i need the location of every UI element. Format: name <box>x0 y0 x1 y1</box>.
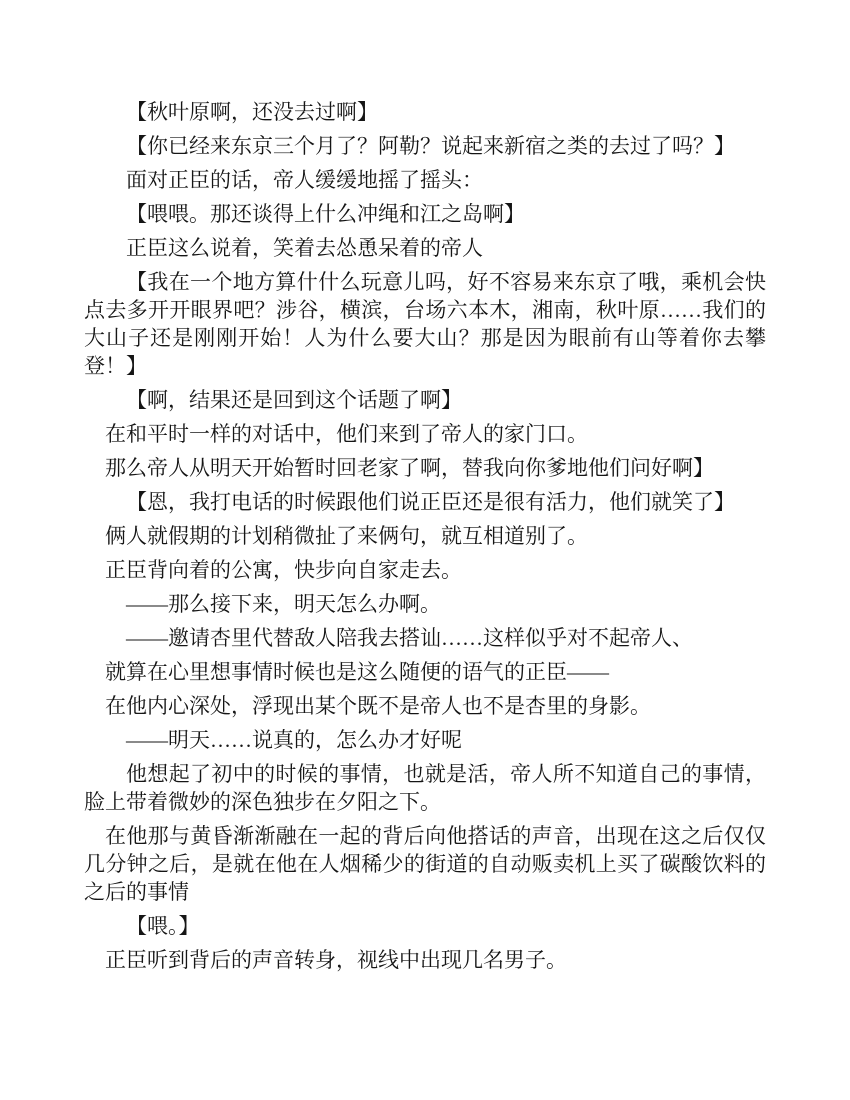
paragraph: 俩人就假期的计划稍微扯了来俩句，就互相道别了。 <box>84 522 766 550</box>
document-page: 【秋叶原啊，还没去过啊】【你已经来东京三个月了？阿勒？说起来新宿之类的去过了吗？… <box>0 0 850 1100</box>
paragraph: 正臣背向着的公寓，快步向自家走去。 <box>84 556 766 584</box>
paragraph: 【喂喂。那还谈得上什么冲绳和江之岛啊】 <box>84 200 766 228</box>
text-body: 【秋叶原啊，还没去过啊】【你已经来东京三个月了？阿勒？说起来新宿之类的去过了吗？… <box>0 0 850 974</box>
paragraph: 在他内心深处，浮现出某个既不是帝人也不是杏里的身影。 <box>84 692 766 720</box>
paragraph: 面对正臣的话，帝人缓缓地摇了摇头： <box>84 166 766 194</box>
paragraph: 正臣听到背后的声音转身，视线中出现几名男子。 <box>84 946 766 974</box>
paragraph: ——那么接下来，明天怎么办啊。 <box>84 590 766 618</box>
paragraph: 在他那与黄昏渐渐融在一起的背后向他搭话的声音，出现在这之后仅仅几分钟之后，是就在… <box>84 822 766 906</box>
paragraph: 正臣这么说着，笑着去怂恿呆着的帝人 <box>84 234 766 262</box>
paragraph: ——邀请杏里代替敌人陪我去搭讪……这样似乎对不起帝人、 <box>84 624 766 652</box>
paragraph: 就算在心里想事情时候也是这么随便的语气的正臣—— <box>84 658 766 686</box>
paragraph: 在和平时一样的对话中，他们来到了帝人的家门口。 <box>84 420 766 448</box>
paragraph: ——明天……说真的，怎么办才好呢 <box>84 726 766 754</box>
paragraph: 【啊，结果还是回到这个话题了啊】 <box>84 386 766 414</box>
paragraph: 【你已经来东京三个月了？阿勒？说起来新宿之类的去过了吗？】 <box>84 132 766 160</box>
paragraph: 【秋叶原啊，还没去过啊】 <box>84 98 766 126</box>
paragraph: 那么帝人从明天开始暂时回老家了啊，替我向你爹地他们问好啊】 <box>84 454 766 482</box>
paragraph: 他想起了初中的时候的事情，也就是活，帝人所不知道自己的事情，脸上带着微妙的深色独… <box>84 760 766 816</box>
paragraph: 【我在一个地方算什什么玩意儿吗，好不容易来东京了哦，乘机会快点去多开开眼界吧？涉… <box>84 268 766 380</box>
paragraph: 【恩，我打电话的时候跟他们说正臣还是很有活力，他们就笑了】 <box>84 488 766 516</box>
paragraph: 【喂。】 <box>84 912 766 940</box>
